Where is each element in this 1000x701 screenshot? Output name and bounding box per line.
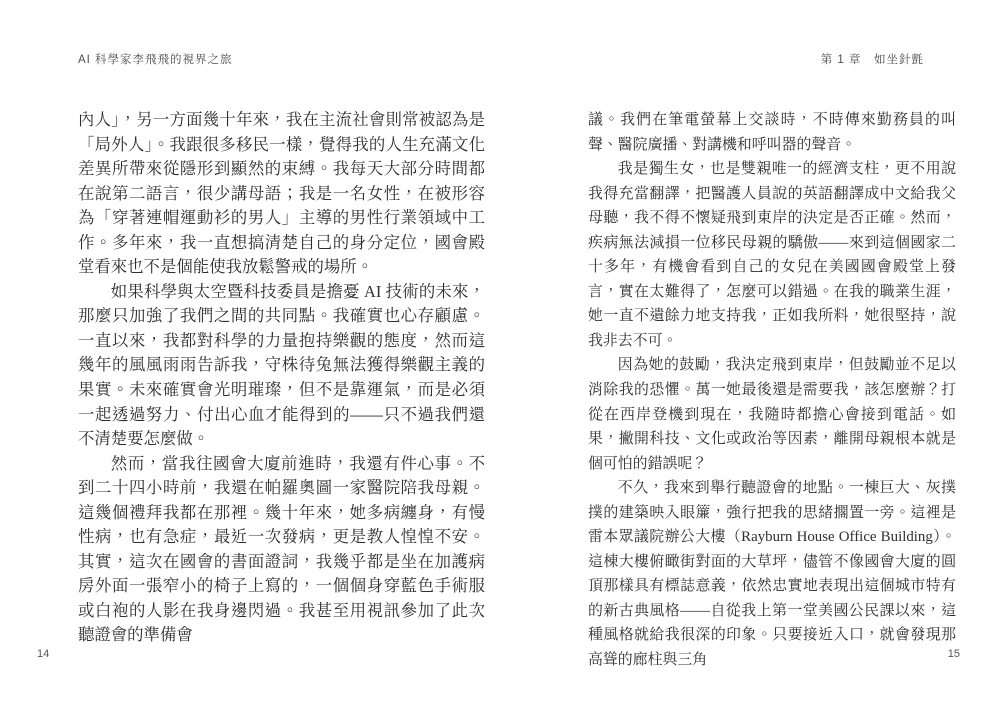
- book-spread: AI 科學家李飛飛的視界之旅 內人」，另一方面幾十年來，我在主流社會則常被認為是…: [0, 0, 1000, 701]
- page-number-right: 15: [948, 648, 960, 660]
- paragraph: 因為她的鼓勵，我決定飛到東岸，但鼓勵並不足以消除我的恐懼。萬一她最後還是需要我，…: [588, 353, 956, 476]
- paragraph: 議。我們在筆電螢幕上交談時，不時傳來勤務員的叫聲、醫院廣播、對講機和呼叫器的聲音…: [588, 108, 956, 157]
- paragraph: 如果科學與太空暨科技委員是擔憂 AI 技術的未來，那麼只加強了我們之間的共同點。…: [78, 280, 485, 452]
- paragraph: 我是獨生女，也是雙親唯一的經濟支柱，更不用說我得充當翻譯，把醫護人員說的英語翻譯…: [588, 157, 956, 353]
- running-head-book-title: AI 科學家李飛飛的視界之旅: [78, 51, 233, 67]
- body-text-right-page: 議。我們在筆電螢幕上交談時，不時傳來勤務員的叫聲、醫院廣播、對講機和呼叫器的聲音…: [588, 108, 956, 673]
- body-text-left-page: 內人」，另一方面幾十年來，我在主流社會則常被認為是「局外人」。我跟很多移民一樣，…: [78, 108, 485, 648]
- paragraph: 內人」，另一方面幾十年來，我在主流社會則常被認為是「局外人」。我跟很多移民一樣，…: [78, 108, 485, 280]
- paragraph: 不久，我來到舉行聽證會的地點。一棟巨大、灰撲撲的建築映入眼簾，強行把我的思緒擱置…: [588, 476, 956, 672]
- paragraph: 然而，當我往國會大廈前進時，我還有件心事。不到二十四小時前，我還在帕羅奧圖一家醫…: [78, 452, 485, 648]
- running-head-chapter-title: 第 1 章 如坐針氈: [821, 51, 924, 67]
- page-number-left: 14: [37, 648, 49, 660]
